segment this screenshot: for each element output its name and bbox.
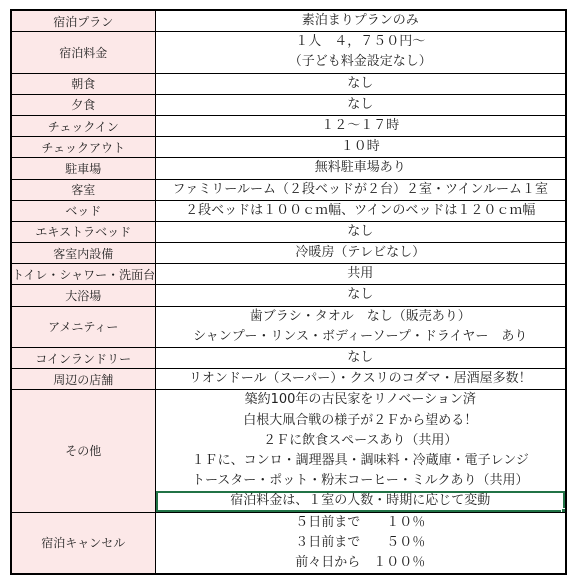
row-label-cell[interactable]: 宿泊プラン	[11, 10, 155, 32]
row-value-cell[interactable]: ファミリールーム（２段ベッドが２台）２室・ツインルーム１室	[155, 179, 566, 200]
table-row: 駐車場無料駐車場あり	[11, 158, 566, 179]
value-line: 冷暖房（テレビなし）	[156, 243, 566, 263]
value-line: なし	[156, 348, 566, 368]
lodging-info-table: 宿泊プラン素泊まりプランのみ宿泊料金１人 ４，７５０円～（子ども料金設定なし）朝…	[10, 9, 567, 575]
row-value-cell[interactable]: なし	[155, 348, 566, 369]
table-row: アメニティー歯ブラシ・タオル なし（販売あり）シャンプー・リンス・ボディーソープ…	[11, 306, 566, 347]
row-label-cell[interactable]: アメニティー	[11, 306, 155, 347]
table-row: トイレ・シャワー・洗面台共用	[11, 264, 566, 285]
spreadsheet-area: 宿泊プラン素泊まりプランのみ宿泊料金１人 ４，７５０円～（子ども料金設定なし）朝…	[10, 9, 567, 575]
value-line: なし	[156, 285, 566, 305]
value-line: 共用	[156, 264, 566, 284]
table-row: ベッド２段ベッドは１００ｃｍ幅、ツインのベッドは１２０ｃｍ幅	[11, 200, 566, 221]
row-value-cell[interactable]: なし	[155, 73, 566, 94]
row-label-cell[interactable]: 宿泊キャンセル	[11, 512, 155, 574]
value-line: ファミリールーム（２段ベッドが２台）２室・ツインルーム１室	[156, 180, 566, 200]
row-label-cell[interactable]: 客室内設備	[11, 243, 155, 264]
row-label-cell[interactable]: チェックイン	[11, 115, 155, 136]
row-label-cell[interactable]: 夕食	[11, 94, 155, 115]
row-label-cell[interactable]: チェックアウト	[11, 137, 155, 158]
lodging-table-body: 宿泊プラン素泊まりプランのみ宿泊料金１人 ４，７５０円～（子ども料金設定なし）朝…	[11, 10, 566, 574]
row-label-cell[interactable]: トイレ・シャワー・洗面台	[11, 264, 155, 285]
value-line: ３日前まで ５０％	[156, 533, 566, 553]
row-label-cell[interactable]: 客室	[11, 179, 155, 200]
value-line: １２～１７時	[156, 116, 566, 136]
value-line: ５日前まで １０％	[156, 513, 566, 533]
value-line: 素泊まりプランのみ	[156, 11, 566, 31]
value-line: ２段ベッドは１００ｃｍ幅、ツインのベッドは１２０ｃｍ幅	[156, 201, 566, 221]
value-line: １０時	[156, 137, 566, 157]
row-label-cell[interactable]: コインランドリー	[11, 348, 155, 369]
row-value-cell[interactable]: １人 ４，７５０円～（子ども料金設定なし）	[155, 32, 566, 73]
value-line: 無料駐車場あり	[156, 158, 566, 178]
row-value-cell[interactable]: 素泊まりプランのみ	[155, 10, 566, 32]
row-label-cell[interactable]: 宿泊料金	[11, 32, 155, 73]
row-value-cell[interactable]: ５日前まで １０％３日前まで ５０％前々日から １００％	[155, 512, 566, 574]
row-value-cell[interactable]: １２～１７時	[155, 115, 566, 136]
row-value-cell[interactable]: １０時	[155, 137, 566, 158]
value-line: （子ども料金設定なし）	[156, 52, 566, 72]
row-value-cell[interactable]: なし	[155, 285, 566, 306]
value-line: 築約100年の古民家をリノベーション済	[156, 390, 566, 410]
row-value-cell[interactable]: 歯ブラシ・タオル なし（販売あり）シャンプー・リンス・ボディーソープ・ドライヤー…	[155, 306, 566, 347]
table-row: 大浴場なし	[11, 285, 566, 306]
table-row: 客室ファミリールーム（２段ベッドが２台）２室・ツインルーム１室	[11, 179, 566, 200]
row-value-cell[interactable]: なし	[155, 94, 566, 115]
row-value-cell[interactable]: 共用	[155, 264, 566, 285]
row-label-cell[interactable]: エキストラベッド	[11, 221, 155, 242]
value-line: 白根大凧合戦の様子が２Ｆから望める！	[156, 411, 566, 431]
table-row: 夕食なし	[11, 94, 566, 115]
row-label-cell[interactable]: 朝食	[11, 73, 155, 94]
row-value-cell[interactable]: なし	[155, 221, 566, 242]
value-line: トースター・ポット・粉末コーヒー・ミルクあり（共用）	[156, 471, 566, 491]
value-line: なし	[156, 95, 566, 115]
value-line: １Ｆに、コンロ・調理器具・調味料・冷蔵庫・電子レンジ	[156, 451, 566, 471]
row-label-cell[interactable]: 周辺の店舗	[11, 369, 155, 390]
table-row: 宿泊キャンセル５日前まで １０％３日前まで ５０％前々日から １００％	[11, 512, 566, 574]
table-row: チェックアウト１０時	[11, 137, 566, 158]
table-row: エキストラベッドなし	[11, 221, 566, 242]
value-line: 歯ブラシ・タオル なし（販売あり）	[156, 307, 566, 327]
table-row: その他築約100年の古民家をリノベーション済白根大凧合戦の様子が２Ｆから望める！…	[11, 390, 566, 512]
row-label-cell[interactable]: その他	[11, 390, 155, 512]
value-line: シャンプー・リンス・ボディーソープ・ドライヤー あり	[156, 327, 566, 347]
row-label-cell[interactable]: 大浴場	[11, 285, 155, 306]
table-row: 客室内設備冷暖房（テレビなし）	[11, 243, 566, 264]
row-value-cell[interactable]: 冷暖房（テレビなし）	[155, 243, 566, 264]
table-row: コインランドリーなし	[11, 348, 566, 369]
value-line: ２Ｆに飲食スペースあり（共用）	[156, 431, 566, 451]
value-line: リオンドール（スーパー）・クスリのコダマ・居酒屋多数！	[156, 369, 566, 389]
table-row: チェックイン１２～１７時	[11, 115, 566, 136]
value-line: 前々日から １００％	[156, 553, 566, 573]
row-label-cell[interactable]: 駐車場	[11, 158, 155, 179]
value-line: なし	[156, 222, 566, 242]
row-label-cell[interactable]: ベッド	[11, 200, 155, 221]
table-row: 周辺の店舗リオンドール（スーパー）・クスリのコダマ・居酒屋多数！	[11, 369, 566, 390]
table-row: 朝食なし	[11, 73, 566, 94]
selected-cell[interactable]: 宿泊料金は、１室の人数・時期に応じて変動	[156, 491, 566, 511]
value-line: なし	[156, 74, 566, 94]
table-row: 宿泊料金１人 ４，７５０円～（子ども料金設定なし）	[11, 32, 566, 73]
row-value-cell[interactable]: ２段ベッドは１００ｃｍ幅、ツインのベッドは１２０ｃｍ幅	[155, 200, 566, 221]
value-line: １人 ４，７５０円～	[156, 32, 566, 52]
row-value-cell[interactable]: 無料駐車場あり	[155, 158, 566, 179]
table-row: 宿泊プラン素泊まりプランのみ	[11, 10, 566, 32]
row-value-cell[interactable]: リオンドール（スーパー）・クスリのコダマ・居酒屋多数！	[155, 369, 566, 390]
row-value-cell[interactable]: 築約100年の古民家をリノベーション済白根大凧合戦の様子が２Ｆから望める！２Ｆに…	[155, 390, 566, 512]
